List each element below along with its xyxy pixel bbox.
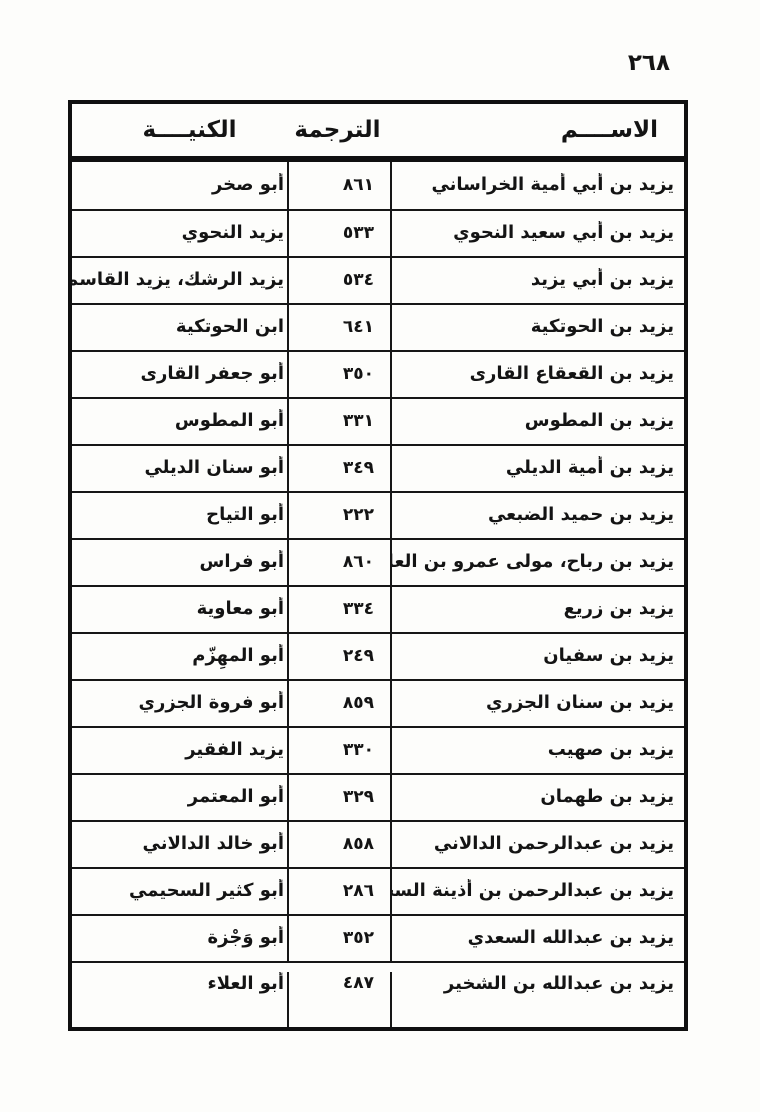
table-row: يزيد بن الحوتكية٦٤١ابن الحوتكية [72, 303, 684, 350]
table-row: يزيد بن القعقاع القارى٣٥٠أبو جعفر القارى [72, 350, 684, 397]
name-cell: يزيد بن سنان الجزري [392, 691, 684, 715]
kunya-cell: أبو المهِزّم [72, 644, 287, 668]
table-row: يزيد بن سفيان٢٤٩أبو المهِزّم [72, 632, 684, 679]
entry-number-cell: ٣٣٤ [287, 587, 392, 632]
kunya-cell: أبو وَجْزة [72, 926, 287, 950]
entry-number-cell: ٦٤١ [287, 305, 392, 350]
kunya-cell: أبو فراس [72, 550, 287, 574]
table-row: يزيد بن عبدالرحمن بن أذينة السحيمي٢٨٦أبو… [72, 867, 684, 914]
kunya-cell: يزيد النحوي [72, 221, 287, 245]
column-header-name: الاســــم [390, 117, 684, 143]
column-header-kunya: الكنيــــة [72, 117, 285, 143]
kunya-cell: يزيد الرشك، يزيد القاسم [72, 268, 287, 292]
entry-number-cell: ٢٤٩ [287, 634, 392, 679]
entry-number-cell: ٢٢٢ [287, 493, 392, 538]
table-row: يزيد بن حميد الضبعي٢٢٢أبو التياح [72, 491, 684, 538]
name-cell: يزيد بن أمية الديلي [392, 456, 684, 480]
kunya-cell: أبو صخر [72, 173, 287, 197]
table-row: يزيد بن رباح، مولى عمرو بن العاص٨٦٠أبو ف… [72, 538, 684, 585]
entry-number-cell: ٨٦٠ [287, 540, 392, 585]
table-row: يزيد بن أمية الديلي٣٤٩أبو سنان الديلي [72, 444, 684, 491]
entry-number-cell: ٣٣٠ [287, 728, 392, 773]
entry-number-cell: ٨٥٩ [287, 681, 392, 726]
kunya-cell: أبو التياح [72, 503, 287, 527]
kunya-cell: أبو معاوية [72, 597, 287, 621]
name-cell: يزيد بن زريع [392, 597, 684, 621]
entry-number-cell: ٥٣٣ [287, 211, 392, 256]
name-cell: يزيد بن عبدالله السعدي [392, 926, 684, 950]
entry-number-cell: ٣٥٢ [287, 916, 392, 961]
name-cell: يزيد بن عبدالرحمن بن أذينة السحيمي [392, 879, 684, 903]
names-index-table: الاســــم الترجمة الكنيــــة يزيد بن أبي… [68, 100, 688, 1031]
entry-number-cell: ٤٨٧ [287, 972, 392, 1027]
name-cell: يزيد بن حميد الضبعي [392, 503, 684, 527]
kunya-cell: أبو سنان الديلي [72, 456, 287, 480]
table-row: يزيد بن عبدالرحمن الدالاني٨٥٨أبو خالد ال… [72, 820, 684, 867]
entry-number-cell: ٥٣٤ [287, 258, 392, 303]
name-cell: يزيد بن عبدالله بن الشخير [392, 972, 684, 996]
kunya-cell: أبو كثير السحيمي [72, 879, 287, 903]
entry-number-cell: ٢٨٦ [287, 869, 392, 914]
scanned-book-page: ٢٦٨ الاســــم الترجمة الكنيــــة يزيد بن… [0, 0, 760, 1112]
table-row: يزيد بن صهيب٣٣٠يزيد الفقير [72, 726, 684, 773]
entry-number-cell: ٣٤٩ [287, 446, 392, 491]
table-row: يزيد بن طهمان٣٢٩أبو المعتمر [72, 773, 684, 820]
table-row: يزيد بن المطوس٣٣١أبو المطوس [72, 397, 684, 444]
name-cell: يزيد بن القعقاع القارى [392, 362, 684, 386]
name-cell: يزيد بن طهمان [392, 785, 684, 809]
kunya-cell: يزيد الفقير [72, 738, 287, 762]
name-cell: يزيد بن أبي أمية الخراساني [392, 173, 684, 197]
table-row: يزيد بن أبي أمية الخراساني٨٦١أبو صخر [72, 162, 684, 209]
table-row: يزيد بن عبدالله السعدي٣٥٢أبو وَجْزة [72, 914, 684, 961]
table-row: يزيد بن زريع٣٣٤أبو معاوية [72, 585, 684, 632]
page-number: ٢٦٨ [628, 50, 670, 76]
kunya-cell: أبو جعفر القارى [72, 362, 287, 386]
kunya-cell: أبو المعتمر [72, 785, 287, 809]
kunya-cell: أبو فروة الجزري [72, 691, 287, 715]
table-row: يزيد بن أبي يزيد٥٣٤يزيد الرشك، يزيد القا… [72, 256, 684, 303]
entry-number-cell: ٨٦١ [287, 162, 392, 209]
column-header-entry-number: الترجمة [285, 117, 390, 143]
table-header-row: الاســــم الترجمة الكنيــــة [72, 104, 684, 162]
name-cell: يزيد بن عبدالرحمن الدالاني [392, 832, 684, 856]
name-cell: يزيد بن سفيان [392, 644, 684, 668]
name-cell: يزيد بن رباح، مولى عمرو بن العاص [392, 550, 684, 574]
entry-number-cell: ٣٣١ [287, 399, 392, 444]
table-body: يزيد بن أبي أمية الخراساني٨٦١أبو صخريزيد… [72, 162, 684, 1027]
name-cell: يزيد بن أبي يزيد [392, 268, 684, 292]
kunya-cell: أبو العلاء [72, 972, 287, 996]
kunya-cell: أبو خالد الدالاني [72, 832, 287, 856]
table-row: يزيد بن عبدالله بن الشخير٤٨٧أبو العلاء [72, 961, 684, 1027]
entry-number-cell: ٨٥٨ [287, 822, 392, 867]
name-cell: يزيد بن أبي سعيد النحوي [392, 221, 684, 245]
kunya-cell: ابن الحوتكية [72, 315, 287, 339]
name-cell: يزيد بن صهيب [392, 738, 684, 762]
name-cell: يزيد بن الحوتكية [392, 315, 684, 339]
entry-number-cell: ٣٥٠ [287, 352, 392, 397]
table-row: يزيد بن سنان الجزري٨٥٩أبو فروة الجزري [72, 679, 684, 726]
table-row: يزيد بن أبي سعيد النحوي٥٣٣يزيد النحوي [72, 209, 684, 256]
name-cell: يزيد بن المطوس [392, 409, 684, 433]
entry-number-cell: ٣٢٩ [287, 775, 392, 820]
kunya-cell: أبو المطوس [72, 409, 287, 433]
